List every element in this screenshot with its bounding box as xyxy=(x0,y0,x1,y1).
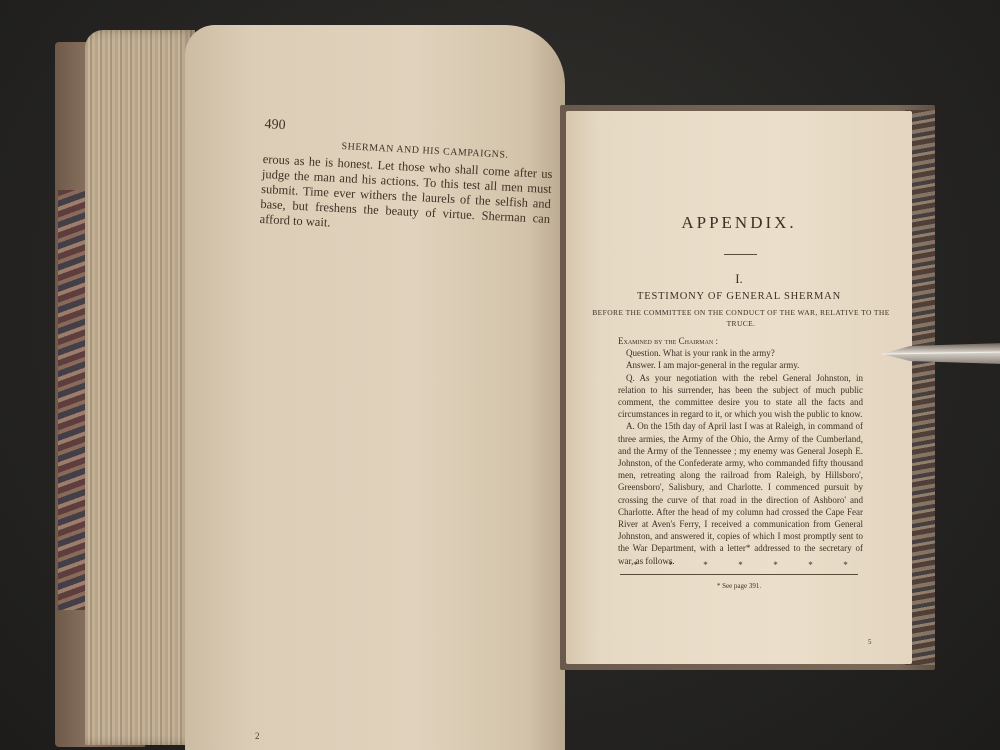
question-line: Question. What is your rank in the army? xyxy=(618,347,863,359)
left-page: 490 SHERMAN AND HIS CAMPAIGNS. erous as … xyxy=(185,25,565,750)
examined-line: Examined by the Chairman : xyxy=(618,335,863,347)
left-page-text: erous as he is honest. Let those who sha… xyxy=(259,152,553,242)
star: * xyxy=(773,560,778,570)
left-footer-mark: 2 xyxy=(255,731,260,741)
star: * xyxy=(738,560,743,570)
star: * xyxy=(668,560,673,570)
page-edges xyxy=(85,30,195,745)
star: * xyxy=(843,560,848,570)
right-page: APPENDIX. I. TESTIMONY OF GENERAL SHERMA… xyxy=(566,111,912,664)
testimony-body: Examined by the Chairman : Question. Wha… xyxy=(618,335,863,567)
footnote-rule xyxy=(620,574,858,575)
star: * xyxy=(703,560,708,570)
knife-blade-icon xyxy=(880,340,1000,368)
signature-mark: 5 xyxy=(868,638,872,646)
star: * xyxy=(633,560,638,570)
page-number: 490 xyxy=(264,117,286,134)
appendix-heading: APPENDIX. xyxy=(566,213,912,233)
ellipsis-stars: * * * * * * * xyxy=(618,560,863,570)
answer-line: Answer. I am major-general in the regula… xyxy=(618,359,863,371)
a-paragraph: A. On the 15th day of April last I was a… xyxy=(618,420,863,566)
section-subtitle: BEFORE THE COMMITTEE ON THE CONDUCT OF T… xyxy=(586,307,896,329)
footnote: * See page 391. xyxy=(566,582,912,590)
heading-rule xyxy=(724,254,757,255)
star: * xyxy=(808,560,813,570)
marbled-edge-left xyxy=(58,190,88,610)
section-number: I. xyxy=(566,271,912,287)
section-title: TESTIMONY OF GENERAL SHERMAN xyxy=(566,291,912,302)
q-paragraph: Q. As your negotiation with the rebel Ge… xyxy=(618,372,863,421)
